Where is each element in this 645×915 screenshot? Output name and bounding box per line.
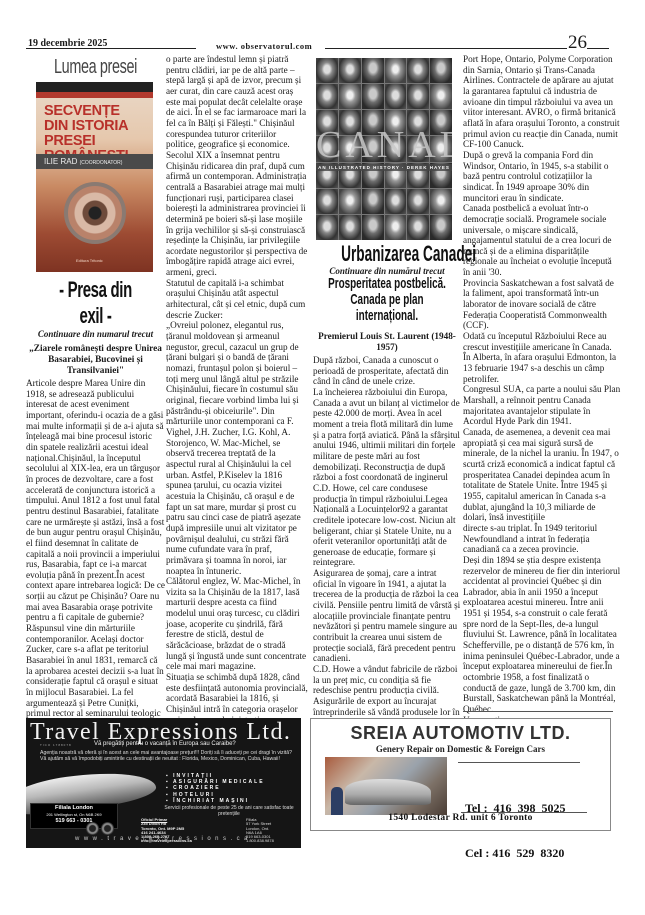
service-item: ÎNCHIRIAT MAȘINI bbox=[166, 798, 265, 804]
column-end-rule bbox=[463, 711, 613, 712]
sreia-automotiv-ad[interactable]: SREIA AUTOMOTIV LTD. Genery Repair on Do… bbox=[310, 718, 611, 831]
garage-photo bbox=[325, 757, 447, 815]
wheels-icon bbox=[86, 822, 132, 836]
magnifier-eye-icon bbox=[64, 182, 126, 244]
column-presa-continuation: o parte are îndestul lemn și piatră pent… bbox=[166, 54, 308, 747]
book-author: ILIE RAD (COORDONATOR) bbox=[36, 154, 153, 169]
ad-website-link[interactable]: www.travelexpressions.ca bbox=[26, 836, 301, 842]
branch-label: Filiala London bbox=[31, 804, 117, 812]
column-presa-din-exil: Lumea presei SECVENȚE DIN ISTORIA PRESEI… bbox=[26, 54, 165, 783]
paragraph: După război, Canada a cunoscut o perioad… bbox=[313, 355, 461, 387]
car-icon bbox=[345, 779, 431, 805]
paragraph: La încheierea războiului din Europa, Can… bbox=[313, 387, 461, 568]
website-link[interactable]: www. observatorul.com bbox=[216, 41, 312, 51]
ad-experience: Servicii profesionale de peste 25 de ani… bbox=[164, 805, 294, 817]
paragraph: Călătorul englez, W. Mac-Michel, în vizi… bbox=[166, 576, 308, 672]
cover-topbar bbox=[36, 82, 153, 92]
ad-tagline: Vă pregătiți pentru o vacanță în Europa … bbox=[94, 741, 236, 747]
book-publisher: Editura Tritonic bbox=[76, 256, 103, 267]
paragraph: Canada postbelică a evoluat într-o democ… bbox=[463, 203, 621, 278]
article-title: Urbanizarea Canadei bbox=[341, 242, 433, 266]
author-role: (COORDONATOR) bbox=[80, 160, 123, 166]
paragraph: Asigurarea de șomaj, care a intrat ofici… bbox=[313, 568, 461, 664]
paragraph: Provincia Saskatchewan a fost salvată de… bbox=[463, 278, 621, 331]
travel-expressions-ad[interactable]: Travel Expressions Ltd. TICO 1788078 Vă … bbox=[26, 718, 301, 848]
ad-subtitle: Genery Repair on Domestic & Foreign Cars bbox=[311, 744, 610, 754]
ad-intro: Agenția noastră vă oferă și în acest an … bbox=[40, 751, 295, 762]
paragraph: o parte are îndestul lemn și piatră pent… bbox=[166, 54, 308, 150]
paragraph: Canada, de asemenea, a devenit cea mai a… bbox=[463, 427, 621, 523]
paragraph: Statutul de capitală i-a schimbat orașul… bbox=[166, 278, 308, 321]
article-title: - Presa din exil - bbox=[48, 277, 143, 329]
canada-cover-subtitle: AN ILLUSTRATED HISTORY · DEREK HAYES bbox=[316, 164, 452, 171]
canada-book-cover-image: CANADA AN ILLUSTRATED HISTORY · DEREK HA… bbox=[316, 58, 452, 240]
mechanic-figure bbox=[331, 787, 343, 815]
header-rule-page bbox=[587, 48, 609, 49]
article-subhead: Premierul Louis St. Laurent (1948-1957) bbox=[313, 331, 461, 353]
paragraph: După o grevă la compania Ford din Windso… bbox=[463, 150, 621, 203]
header-rule-right bbox=[325, 48, 567, 49]
continuation-note: Continuare din numarul trecut bbox=[26, 329, 165, 339]
article-subhead: „Ziarele românești despre Unirea Basarab… bbox=[26, 344, 165, 377]
ad-address: 1540 Lodestar Rd. unit 6 Toronto bbox=[311, 813, 610, 823]
paragraph: Port Hope, Ontario, Polyme Corporation d… bbox=[463, 54, 621, 150]
paragraph: Deși din 1894 se știa despre existența r… bbox=[463, 555, 621, 715]
canada-cover-title: CANADA bbox=[316, 128, 452, 162]
header-rule-left bbox=[26, 48, 196, 49]
paragraph: Congresul SUA, ca parte a noului său Pla… bbox=[463, 384, 621, 427]
cover-redline bbox=[36, 92, 153, 98]
section-title: Lumea presei bbox=[45, 54, 145, 80]
paragraph: „Ovreiul polonez, elegantul rus, țăranul… bbox=[166, 320, 308, 576]
column-urbanizarea-canadei: CANADA AN ILLUSTRATED HISTORY · DEREK HA… bbox=[313, 54, 461, 760]
ad-title: SREIA AUTOMOTIV LTD. bbox=[311, 723, 610, 743]
ad-license: TICO 1788078 bbox=[40, 743, 72, 747]
article-headline: Prosperitatea postbelică. Canada pe plan… bbox=[318, 276, 455, 324]
ad-phones: Tel : 416 398 5025 Cel : 416 529 8320 bbox=[465, 771, 566, 891]
paragraph: Odată cu începutul Războiului Rece au cr… bbox=[463, 331, 621, 384]
cel-number[interactable]: Cel : 416 529 8320 bbox=[465, 846, 566, 861]
paragraph: directe s-au triplat. În 1949 teritoriul… bbox=[463, 523, 621, 555]
column-canada-continuation: Port Hope, Ontario, Polyme Corporation d… bbox=[463, 54, 621, 725]
author-name: ILIE RAD bbox=[44, 157, 77, 166]
page-number: 26 bbox=[568, 32, 587, 54]
services-list: INVITAȚII ASIGURĂRI MEDICALE CROAZIERE H… bbox=[166, 773, 265, 804]
book-cover-image: SECVENȚE DIN ISTORIA PRESEI ROMÂNEȘTI IL… bbox=[36, 82, 153, 272]
paragraph: Secolul XIX a însemnat pentru Chișinău r… bbox=[166, 150, 308, 278]
page-header: 19 decembrie 2025 www. observatorul.com … bbox=[0, 0, 645, 50]
ad-rule-top bbox=[458, 762, 580, 763]
